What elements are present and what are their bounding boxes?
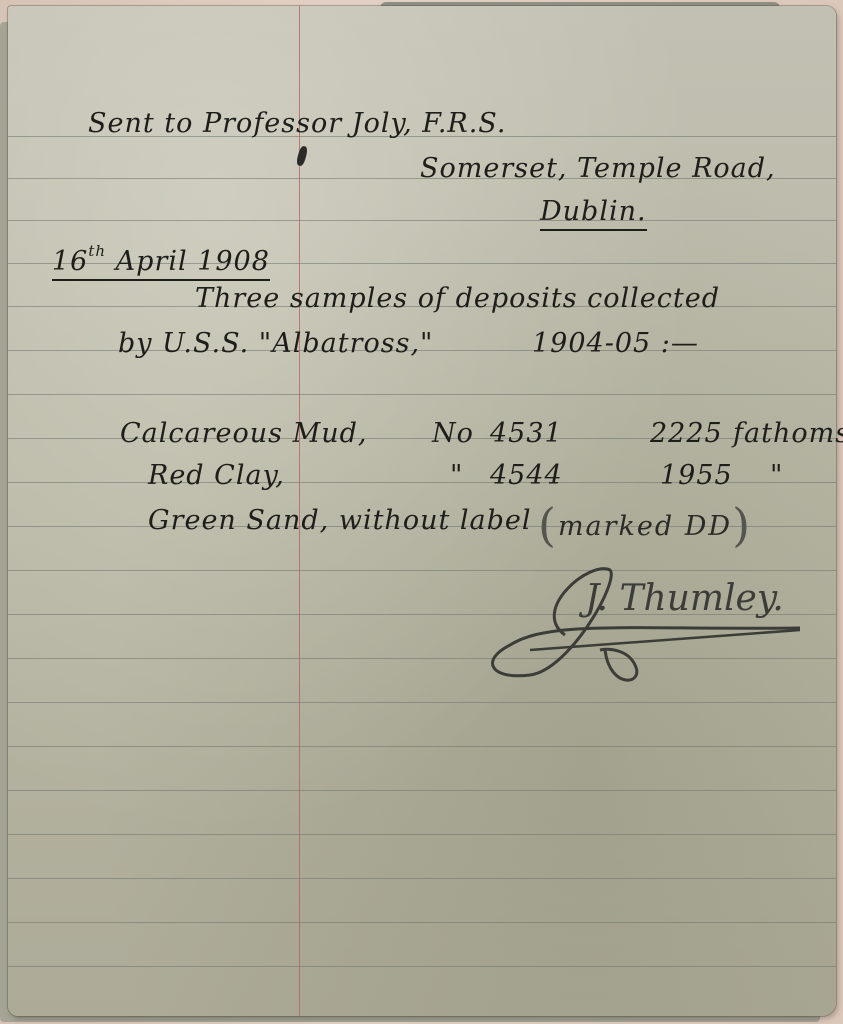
date-day: 16 (52, 246, 88, 277)
date-suffix: th (88, 242, 106, 260)
address-city: Dublin. (540, 196, 647, 231)
body-line-2-years: 1904-05 :— (532, 328, 699, 359)
ruled-line (8, 878, 836, 879)
sample-1-unit: fathoms (733, 418, 843, 449)
ink-blot (296, 145, 309, 166)
ruled-line (8, 220, 836, 221)
sample-3-name: Green Sand, without label (148, 505, 532, 536)
close-paren: ) (732, 498, 752, 552)
ruled-line (8, 702, 836, 703)
ruled-line (8, 790, 836, 791)
ruled-line (8, 922, 836, 923)
date-month-year: April 1908 (116, 246, 270, 277)
body-line-1: Three samples of deposits collected (195, 283, 720, 314)
signature-name: J. Thumley. (585, 578, 784, 619)
letter-date: 16th April 1908 (52, 242, 270, 281)
recipient-line: Sent to Professor Joly, F.R.S. (88, 108, 506, 139)
sample-2-unit-ditto: " (770, 460, 783, 491)
address-street: Somerset, Temple Road, (420, 153, 776, 184)
sample-2-number: 4544 (490, 460, 563, 491)
sample-3-note-text: marked DD (558, 511, 732, 542)
sample-3-note: (marked DD) (538, 498, 752, 552)
sample-1-no-label: No (432, 418, 474, 449)
sample-1-name: Calcareous Mud, (120, 418, 367, 449)
sample-2-name: Red Clay, (148, 460, 285, 491)
signature-flourish (470, 550, 830, 700)
ruled-line (8, 966, 836, 967)
body-line-2-vessel: by U.S.S. "Albatross," (118, 328, 433, 359)
ruled-line (8, 746, 836, 747)
sample-2-ditto: " (450, 460, 463, 491)
sample-1-number: 4531 (490, 418, 563, 449)
ruled-line (8, 394, 836, 395)
ruled-line (8, 834, 836, 835)
open-paren: ( (538, 498, 558, 552)
sample-1-depth: 2225 (650, 418, 723, 449)
sample-2-depth: 1955 (660, 460, 733, 491)
